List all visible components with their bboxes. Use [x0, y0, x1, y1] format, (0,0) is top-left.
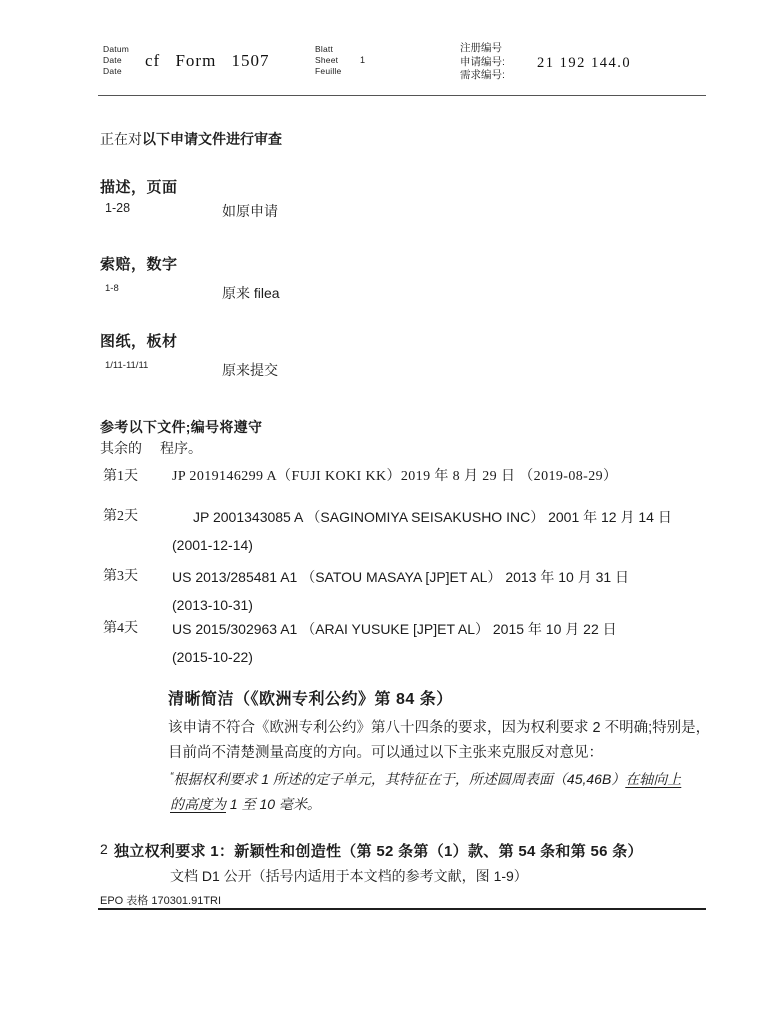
header-number-labels: 注册编号 申请编号: 需求编号: [460, 42, 505, 83]
header-sheet-label-sheet: Sheet [315, 55, 341, 66]
citation-row: 第2天 JP 2001343085 A （SAGINOMIYA SEISAKUS… [103, 505, 683, 557]
citation-3-line1: US 2013/285481 A1 （SATOU MASAYA [JP]ET A… [172, 565, 683, 589]
novelty-body: 文档 D1 公开（括号内适用于本文档的参考文献，图 1-9） [170, 866, 528, 886]
header-date-label-date2: Date [103, 66, 129, 77]
citation-1-label: 第1天 [103, 465, 138, 485]
claims-value: 原来 filea [222, 283, 280, 303]
citation-2-label: 第2天 [103, 505, 138, 525]
clarity-body: 该申请不符合《欧洲专利公约》第八十四条的要求，因为权利要求 2 不明确;特别是，… [168, 716, 714, 766]
description-range: 1-28 [105, 201, 130, 215]
drawings-value: 原来提交 [222, 360, 278, 380]
header-sheet-label-blatt: Blatt [315, 44, 341, 55]
references-subline: 其余的程序。 [100, 438, 202, 458]
registration-number-label: 注册编号 [460, 42, 505, 56]
citation-4-label: 第4天 [103, 617, 138, 637]
references-heading: 参考以下文件;编号将遵守 [100, 417, 262, 437]
drawings-heading: 图纸，板材 [100, 330, 178, 351]
clarity-heading: 清晰简洁（《欧洲专利公约》第 84 条） [168, 686, 453, 709]
novelty-section-number: 2 [100, 841, 108, 857]
claims-range: 1-8 [105, 283, 119, 294]
citation-2-date: (2001-12-14) [172, 533, 683, 557]
citation-1-line1: JP 2019146299 A（FUJI KOKI KK）2019 年 8 月 … [172, 465, 683, 489]
citation-row: 第1天 JP 2019146299 A（FUJI KOKI KK）2019 年 … [103, 465, 683, 489]
citation-3-label: 第3天 [103, 565, 138, 585]
novelty-heading: 独立权利要求 1：新颖性和创造性（第 52 条第（1）款、第 54 条和第 56… [114, 840, 643, 861]
quote-text-part1: 根据权利要求 1 所述的定子单元，其特征在于，所述圆周表面（45,46B） [173, 771, 625, 787]
quote-text-part2: 1 至 10 毫米。 [226, 796, 321, 812]
citation-4-date: (2015-10-22) [172, 645, 683, 669]
form-title: cf Form 1507 [145, 51, 270, 71]
footer-divider [98, 908, 706, 910]
demand-number-label: 需求编号: [460, 69, 505, 83]
citation-3-text: US 2013/285481 A1 （SATOU MASAYA [JP]ET A… [172, 565, 683, 617]
quote-underlined-part2: 的高度为 [170, 796, 226, 812]
citation-4-text: US 2015/302963 A1 （ARAI YUSUKE [JP]ET AL… [172, 617, 683, 669]
document-page: Datum Date Date cf Form 1507 Blatt Sheet… [0, 0, 768, 1024]
quote-underlined-part1: 在轴向上 [625, 771, 681, 787]
references-sub-right: 程序。 [160, 442, 202, 457]
review-intro-bold: 以下申请文件进行审查 [142, 131, 282, 147]
header-date-labels: Datum Date Date [103, 44, 129, 77]
header-date-label-date: Date [103, 55, 129, 66]
claims-heading: 索赔，数字 [100, 253, 178, 274]
header-divider [98, 95, 706, 96]
citation-3-date: (2013-10-31) [172, 593, 683, 617]
references-sub-left: 其余的 [100, 442, 142, 457]
header-sheet-label-feuille: Feuille [315, 66, 341, 77]
description-value: 如原申请 [222, 201, 278, 221]
citation-row: 第4天 US 2015/302963 A1 （ARAI YUSUKE [JP]E… [103, 617, 683, 669]
review-intro-regular: 正在对 [100, 131, 142, 147]
citation-row: 第3天 US 2013/285481 A1 （SATOU MASAYA [JP]… [103, 565, 683, 617]
application-number-label: 申请编号: [460, 56, 505, 70]
review-intro: 正在对以下申请文件进行审查 [100, 129, 282, 149]
footer-form-reference: EPO 表格 170301.91TRI [100, 892, 221, 908]
header-sheet-labels: Blatt Sheet Feuille [315, 44, 341, 77]
citation-4-line1: US 2015/302963 A1 （ARAI YUSUKE [JP]ET AL… [172, 617, 683, 641]
sheet-number: 1 [360, 55, 365, 65]
application-number-value: 21 192 144.0 [537, 55, 631, 72]
drawings-range: 1/11-11/11 [105, 360, 148, 371]
citation-2-line1: JP 2001343085 A （SAGINOMIYA SEISAKUSHO I… [172, 505, 683, 529]
header-date-label-datum: Datum [103, 44, 129, 55]
citation-2-text: JP 2001343085 A （SAGINOMIYA SEISAKUSHO I… [172, 505, 683, 557]
claim-amendment-quote: “根据权利要求 1 所述的定子单元，其特征在于，所述圆周表面（45,46B）在轴… [170, 764, 716, 817]
citation-1-text: JP 2019146299 A（FUJI KOKI KK）2019 年 8 月 … [172, 465, 683, 489]
description-heading: 描述，页面 [100, 176, 178, 197]
